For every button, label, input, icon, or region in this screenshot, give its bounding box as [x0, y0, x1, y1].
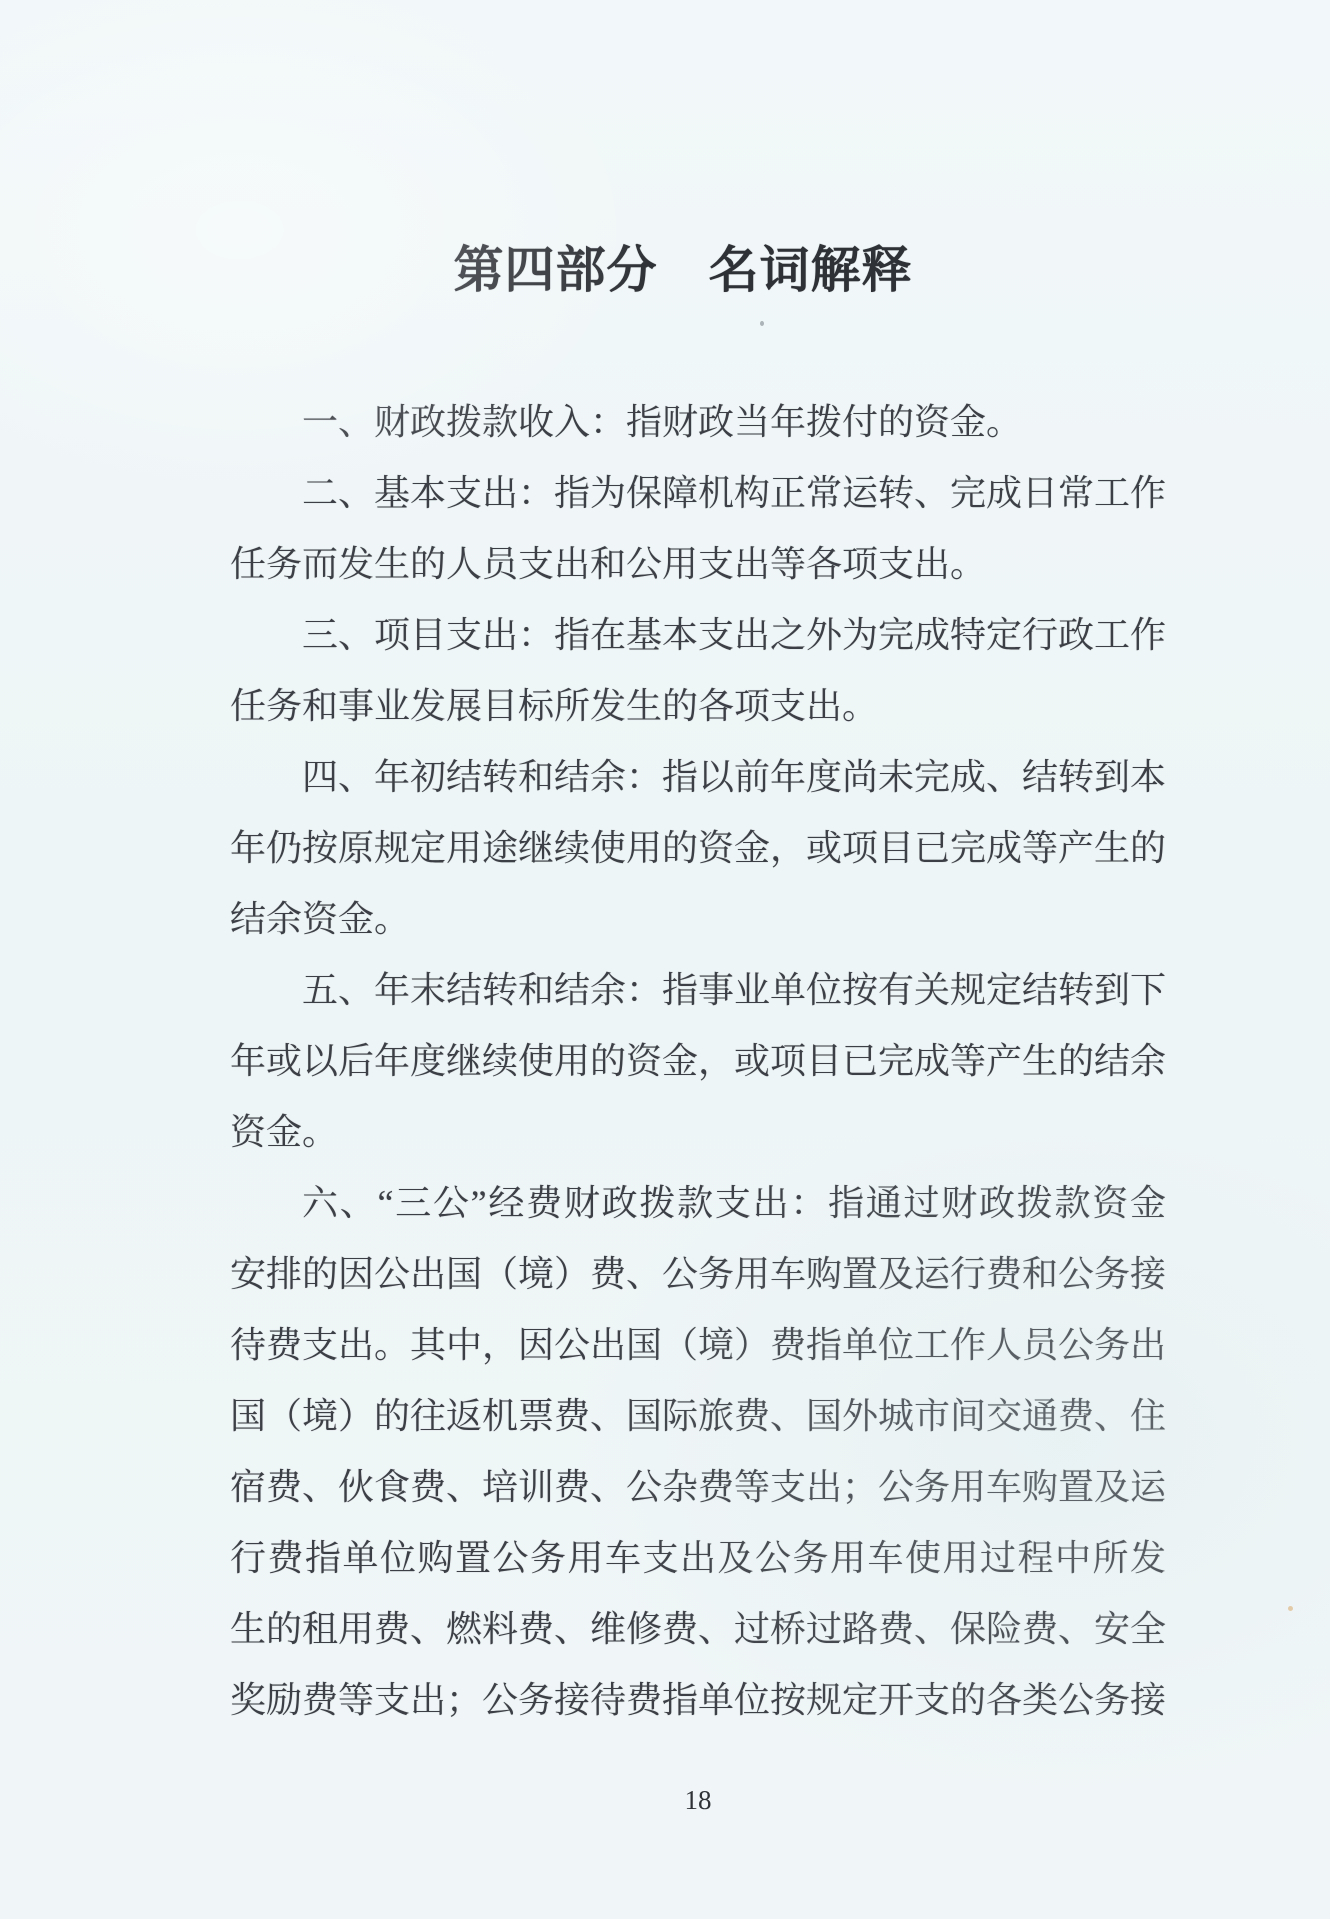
scan-speck [760, 321, 764, 326]
text-line: 结余资金。 [230, 884, 1166, 955]
text-line: 六、“三公”经费财政拨款支出：指通过财政拨款资金 [230, 1168, 1166, 1239]
text-line: 四、年初结转和结余：指以前年度尚未完成、结转到本 [230, 742, 1166, 813]
text-line: 资金。 [230, 1097, 1166, 1168]
text-line: 奖励费等支出；公务接待费指单位按规定开支的各类公务接 [230, 1665, 1166, 1736]
text-line: 宿费、伙食费、培训费、公杂费等支出；公务用车购置及运 [230, 1452, 1166, 1523]
text-line: 五、年末结转和结余：指事业单位按有关规定结转到下 [230, 955, 1166, 1026]
text-line: 行费指单位购置公务用车支出及公务用车使用过程中所发 [230, 1523, 1166, 1594]
scanned-document-page: 第四部分 名词解释 一、财政拨款收入：指财政当年拨付的资金。 二、基本支出：指为… [0, 0, 1330, 1919]
text-line: 一、财政拨款收入：指财政当年拨付的资金。 [230, 387, 1166, 458]
page-number: 18 [66, 1785, 1330, 1815]
text-line: 年仍按原规定用途继续使用的资金，或项目已完成等产生的 [230, 813, 1166, 884]
text-line: 任务而发生的人员支出和公用支出等各项支出。 [230, 529, 1166, 600]
text-line: 二、基本支出：指为保障机构正常运转、完成日常工作 [230, 458, 1166, 529]
text-line: 年或以后年度继续使用的资金，或项目已完成等产生的结余 [230, 1026, 1166, 1097]
body-text: 一、财政拨款收入：指财政当年拨付的资金。 二、基本支出：指为保障机构正常运转、完… [230, 387, 1166, 1736]
text-line: 三、项目支出：指在基本支出之外为完成特定行政工作 [230, 600, 1166, 671]
text-line: 待费支出。其中，因公出国（境）费指单位工作人员公务出 [230, 1310, 1166, 1381]
page-title: 第四部分 名词解释 [36, 236, 1330, 304]
text-line: 生的租用费、燃料费、维修费、过桥过路费、保险费、安全 [230, 1594, 1166, 1665]
text-line: 任务和事业发展目标所发生的各项支出。 [230, 671, 1166, 742]
text-line: 国（境）的往返机票费、国际旅费、国外城市间交通费、住 [230, 1381, 1166, 1452]
text-line: 安排的因公出国（境）费、公务用车购置及运行费和公务接 [230, 1239, 1166, 1310]
scan-speck [1288, 1606, 1293, 1611]
